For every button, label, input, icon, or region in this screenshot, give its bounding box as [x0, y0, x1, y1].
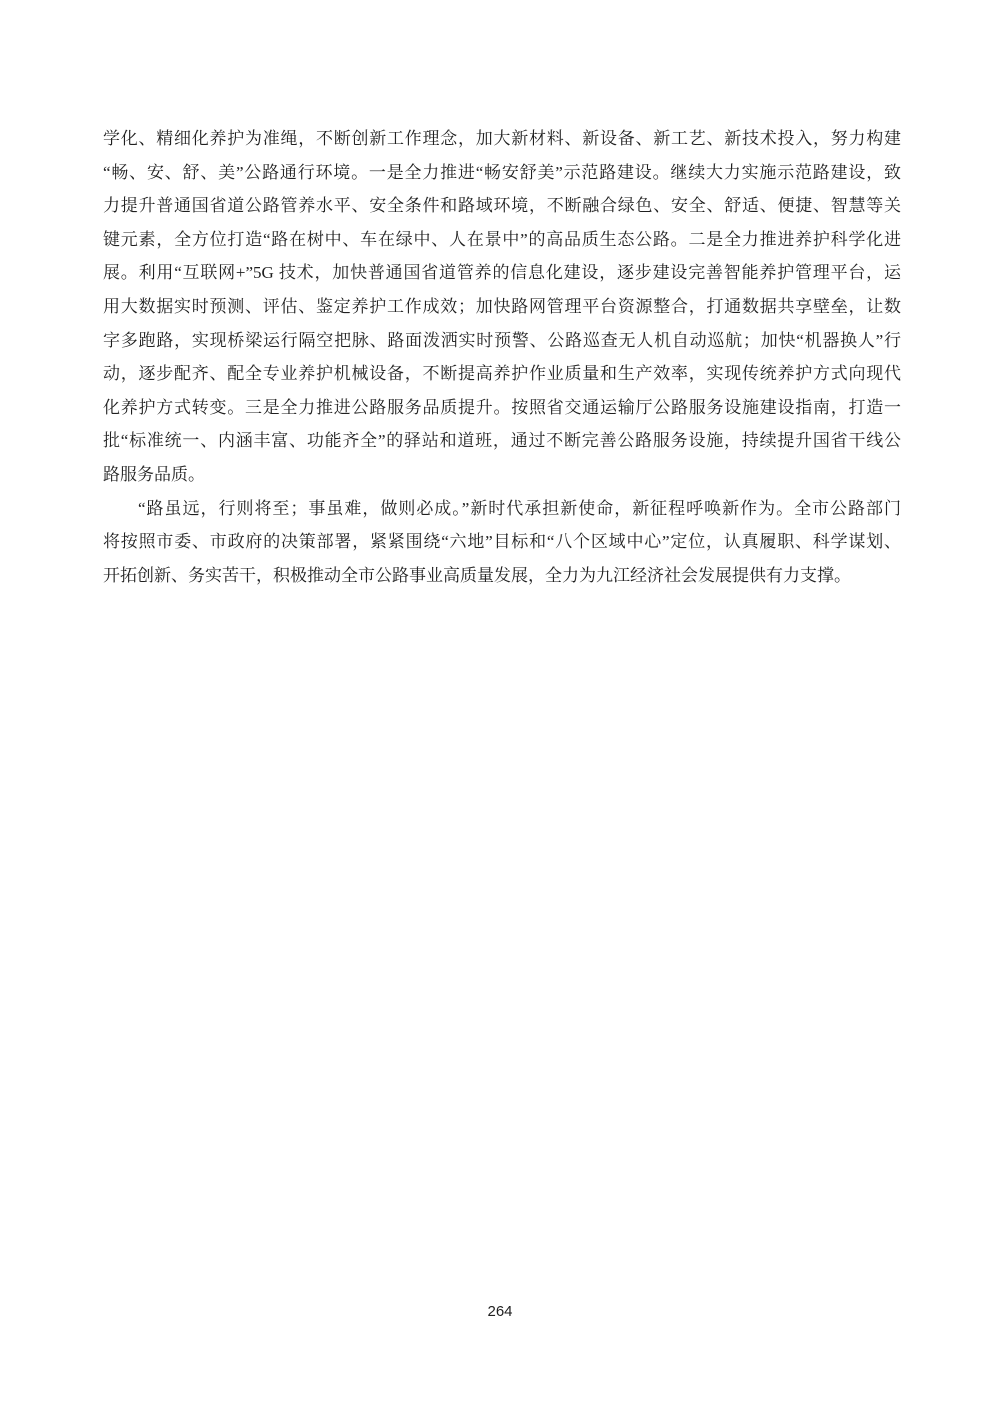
text-line: 化养护方式转变。三是全力推进公路服务品质提升。按照省交通运输厅公路服务设施建设指… — [103, 391, 901, 425]
text-line: 批“标准统一、内涵丰富、功能齐全”的驿站和道班，通过不断完善公路服务设施，持续提… — [103, 424, 901, 458]
text-line: “畅、安、舒、美”公路通行环境。一是全力推进“畅安舒美”示范路建设。继续大力实施… — [103, 156, 901, 190]
text-line: 用大数据实时预测、评估、鉴定养护工作成效；加快路网管理平台资源整合，打通数据共享… — [103, 290, 901, 324]
text-line: 动，逐步配齐、配全专业养护机械设备，不断提高养护作业质量和生产效率，实现传统养护… — [103, 357, 901, 391]
text-line: “路虽远，行则将至；事虽难，做则必成。”新时代承担新使命，新征程呼唤新作为。全市… — [103, 492, 901, 526]
text-line: 路服务品质。 — [103, 458, 901, 492]
body-text: 学化、精细化养护为准绳，不断创新工作理念，加大新材料、新设备、新工艺、新技术投入… — [103, 122, 901, 592]
page-number: 264 — [0, 1303, 1000, 1320]
document-page: 学化、精细化养护为准绳，不断创新工作理念，加大新材料、新设备、新工艺、新技术投入… — [0, 0, 1000, 1414]
text-line: 开拓创新、务实苦干，积极推动全市公路事业高质量发展，全力为九江经济社会发展提供有… — [103, 559, 901, 593]
text-line: 力提升普通国省道公路管养水平、安全条件和路域环境，不断融合绿色、安全、舒适、便捷… — [103, 189, 901, 223]
text-line: 学化、精细化养护为准绳，不断创新工作理念，加大新材料、新设备、新工艺、新技术投入… — [103, 122, 901, 156]
text-line: 将按照市委、市政府的决策部署，紧紧围绕“六地”目标和“八个区域中心”定位，认真履… — [103, 525, 901, 559]
text-line: 字多跑路，实现桥梁运行隔空把脉、路面泼洒实时预警、公路巡查无人机自动巡航；加快“… — [103, 324, 901, 358]
text-line: 键元素，全方位打造“路在树中、车在绿中、人在景中”的高品质生态公路。二是全力推进… — [103, 223, 901, 257]
text-line: 展。利用“互联网+”5G 技术，加快普通国省道管养的信息化建设，逐步建设完善智能… — [103, 256, 901, 290]
